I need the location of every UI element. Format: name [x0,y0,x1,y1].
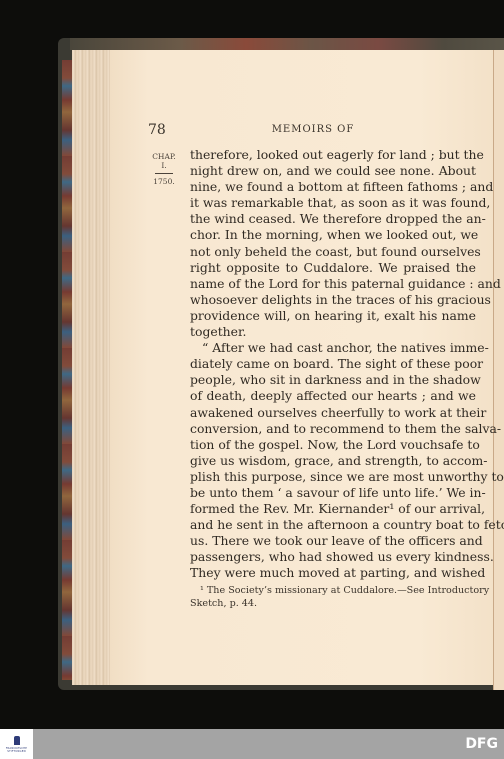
page-stack-edge [72,50,112,685]
text-line: whosoever delights in the traces of his … [190,292,476,308]
document-viewer: 78 MEMOIRS OF CHAP. I. 1750. therefore, … [0,0,504,729]
text-line: chor. In the morning, when we looked out… [190,227,476,243]
text-line: give us wisdom, grace, and strength, to … [190,453,476,469]
margin-note: CHAP. I. 1750. [145,152,183,186]
facing-page-edge [493,50,504,690]
dfg-logo[interactable]: DFG [465,736,498,752]
francke-figure-icon [14,736,20,745]
text-line: it was remarkable that, as soon as it wa… [190,195,476,211]
margin-year: 1750. [145,177,183,186]
running-head: MEMOIRS OF [148,124,478,135]
page-header: 78 MEMOIRS OF [148,122,478,138]
text-line: passengers, who had showed us every kind… [190,549,476,565]
text-line: awakened ourselves cheerfully to work at… [190,405,476,421]
margin-chapter-number: I. [145,161,183,170]
text-line: providence will, on hearing it, exalt hi… [190,308,476,324]
book-cover-top-edge [70,38,504,50]
text-line: plish this purpose, since we are most un… [190,469,476,485]
text-line: night drew on, and we could see none. Ab… [190,163,476,179]
marbled-page-edge [62,60,72,680]
viewer-footer: FRANCKESCHE STIFTUNGEN DFG [0,729,504,759]
text-line: They were much moved at parting, and wis… [190,565,476,581]
text-line: us. There we took our leave of the offic… [190,533,476,549]
text-line: of death, deeply affected our hearts ; a… [190,388,476,404]
text-line: the wind ceased. We therefore dropped th… [190,211,476,227]
footnote: ¹ The Society’s missionary at Cuddalore.… [190,584,476,610]
text-line: therefore, looked out eagerly for land ;… [190,147,476,163]
text-line: name of the Lord for this paternal guida… [190,276,476,292]
margin-rule [155,173,173,174]
footnote-line: Sketch, p. 44. [190,597,476,610]
text-line: “ After we had cast anchor, the natives … [190,340,476,356]
text-line: tion of the gospel. Now, the Lord vouchs… [190,437,476,453]
text-line: formed the Rev. Mr. Kiernander¹ of our a… [190,501,476,517]
text-line: not only beheld the coast, but found our… [190,244,476,260]
text-line: and he sent in the afternoon a country b… [190,517,476,533]
body-text: therefore, looked out eagerly for land ;… [190,147,476,582]
text-line: right opposite to Cuddalore. We praised … [190,260,476,276]
text-line: diately came on board. The sight of thes… [190,356,476,372]
footnote-line: ¹ The Society’s missionary at Cuddalore.… [190,584,476,597]
text-line: people, who sit in darkness and in the s… [190,372,476,388]
francke-logo-caption: FRANCKESCHE STIFTUNGEN [0,747,33,753]
text-line: be unto them ‘ a savour of life unto lif… [190,485,476,501]
francke-foundations-logo[interactable]: FRANCKESCHE STIFTUNGEN [0,729,33,759]
text-line: together. [190,324,476,340]
text-line: conversion, and to recommend to them the… [190,421,476,437]
margin-chapter-label: CHAP. [145,152,183,161]
text-line: nine, we found a bottom at fifteen fatho… [190,179,476,195]
